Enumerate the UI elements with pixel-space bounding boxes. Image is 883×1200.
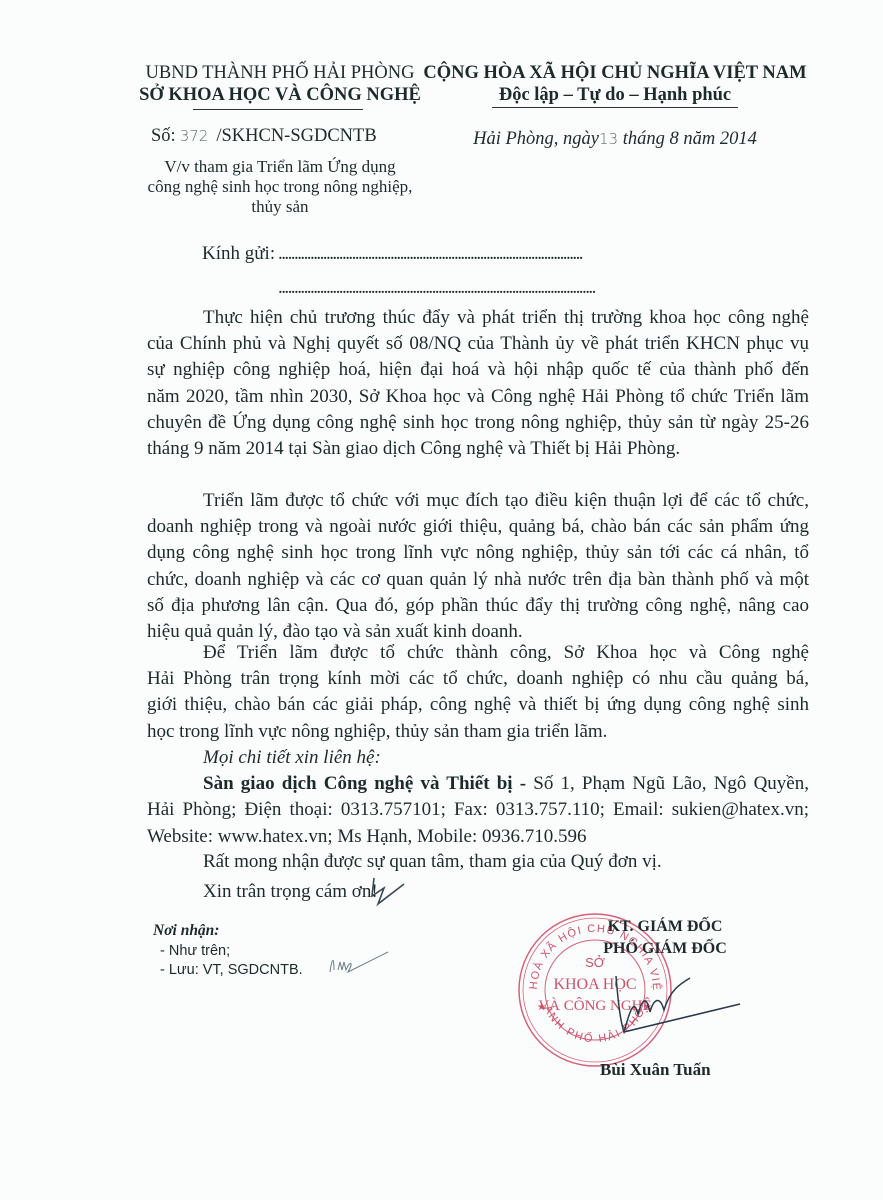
date-suffix: tháng 8 năm 2014	[618, 129, 757, 149]
text-line: Triển lãm được tổ chức với mục đích tạo …	[147, 488, 809, 514]
recipient-line-2: ........................................…	[278, 277, 801, 299]
recipient-label: Kính gửi:	[202, 243, 275, 265]
recipient-line-1: ........................................…	[278, 243, 801, 265]
date-prefix: Hải Phòng, ngày	[473, 129, 599, 149]
text-line: chuyên đề Ứng dụng công nghệ sinh học tr…	[147, 410, 809, 436]
text-line: học trong lĩnh vực nông nghiệp, thủy sản…	[147, 719, 809, 745]
initials-signature-icon	[364, 874, 414, 914]
doc-number-label: Số:	[151, 126, 176, 146]
doc-number-suffix: /SKHCN-SGDCNTB	[216, 126, 376, 146]
subject-line: V/v tham gia Triển lãm Ứng dụng	[125, 157, 435, 177]
doc-number-handwritten: 372	[180, 127, 209, 145]
contact-line-2: Hải Phòng; Điện thoại: 0313.757101; Fax:…	[147, 797, 809, 823]
signer-title-1: KT. GIÁM ĐỐC	[575, 918, 755, 936]
subject-line: công nghệ sinh học trong nông nghiệp,	[125, 177, 435, 197]
department-name: SỞ KHOA HỌC VÀ CÔNG NGHỆ	[120, 84, 440, 106]
department-underline	[193, 109, 363, 110]
contact-line-3: Website: www.hatex.vn; Ms Hạnh, Mobile: …	[147, 824, 809, 850]
text-line: doanh nghiệp trong và ngoài nước giới th…	[147, 514, 809, 540]
signer-name: Bùi Xuân Tuấn	[600, 1060, 711, 1080]
nation-title: CỘNG HÒA XÃ HỘI CHỦ NGHĨA VIỆT NAM	[410, 62, 820, 84]
svg-text:★: ★	[537, 1002, 546, 1013]
date-day-handwritten: 13	[599, 130, 618, 148]
document-number: Số:372/SKHCN-SGDCNTB	[151, 125, 377, 147]
contact-org: Sàn giao dịch Công nghệ và Thiết bị -	[203, 773, 526, 794]
national-motto: Độc lập – Tự do – Hạnh phúc	[410, 84, 820, 106]
body-paragraph-1: Thực hiện chủ trương thúc đẩy và phát tr…	[147, 305, 809, 462]
closing-line-1: Rất mong nhận được sự quan tâm, tham gia…	[203, 851, 662, 873]
text-line: Hải Phòng trân trọng kính mời các tổ chứ…	[147, 666, 809, 692]
director-signature-icon	[610, 970, 750, 1050]
text-line: sự nghiệp công nghiệp hoá, hiện đại hoá …	[147, 357, 809, 383]
recipient-item: - Lưu: VT, SGDCNTB.	[160, 962, 303, 978]
motto-underline	[492, 107, 738, 108]
place-date: Hải Phòng, ngày13 tháng 8 năm 2014	[410, 128, 820, 150]
recipients-title: Nơi nhận:	[153, 922, 219, 940]
recipient-item: - Như trên;	[160, 943, 230, 959]
text-line: giới thiệu, chào bán các giải pháp, công…	[147, 692, 809, 718]
text-line: chức, doanh nghiệp và các cơ quan quản l…	[147, 567, 809, 593]
subject: V/v tham gia Triển lãm Ứng dụng công ngh…	[125, 157, 435, 217]
text-line: Để Triển lãm được tổ chức thành công, Sở…	[147, 640, 809, 666]
text-line: dụng công nghệ sinh học trong lĩnh vực n…	[147, 540, 809, 566]
contact-intro: Mọi chi tiết xin liên hệ:	[147, 745, 809, 771]
clerk-initials-icon	[328, 948, 398, 978]
text-line: Thực hiện chủ trương thúc đẩy và phát tr…	[147, 305, 809, 331]
signer-title-2: PHÓ GIÁM ĐỐC	[575, 940, 755, 958]
text-line: số địa phương lân cận. Qua đó, góp phần …	[147, 593, 809, 619]
body-paragraph-2: Triển lãm được tổ chức với mục đích tạo …	[147, 488, 809, 645]
contact-address: Số 1, Phạm Ngũ Lão, Ngô Quyền,	[526, 773, 809, 794]
closing-line-2: Xin trân trọng cám ơn!	[203, 881, 378, 903]
contact-block: Mọi chi tiết xin liên hệ: Sàn giao dịch …	[147, 745, 809, 850]
text-line: của Chính phủ và Nghị quyết số 08/NQ của…	[147, 331, 809, 357]
text-line: tháng 9 năm 2014 tại Sàn giao dịch Công …	[147, 436, 809, 462]
subject-line: thủy sản	[125, 197, 435, 217]
authority-name: UBND THÀNH PHỐ HẢI PHÒNG	[130, 62, 430, 84]
contact-line-1: Sàn giao dịch Công nghệ và Thiết bị - Số…	[147, 771, 809, 797]
text-line: năm 2020, tầm nhìn 2030, Sở Khoa học và …	[147, 384, 809, 410]
body-paragraph-3: Để Triển lãm được tổ chức thành công, Sở…	[147, 640, 809, 745]
